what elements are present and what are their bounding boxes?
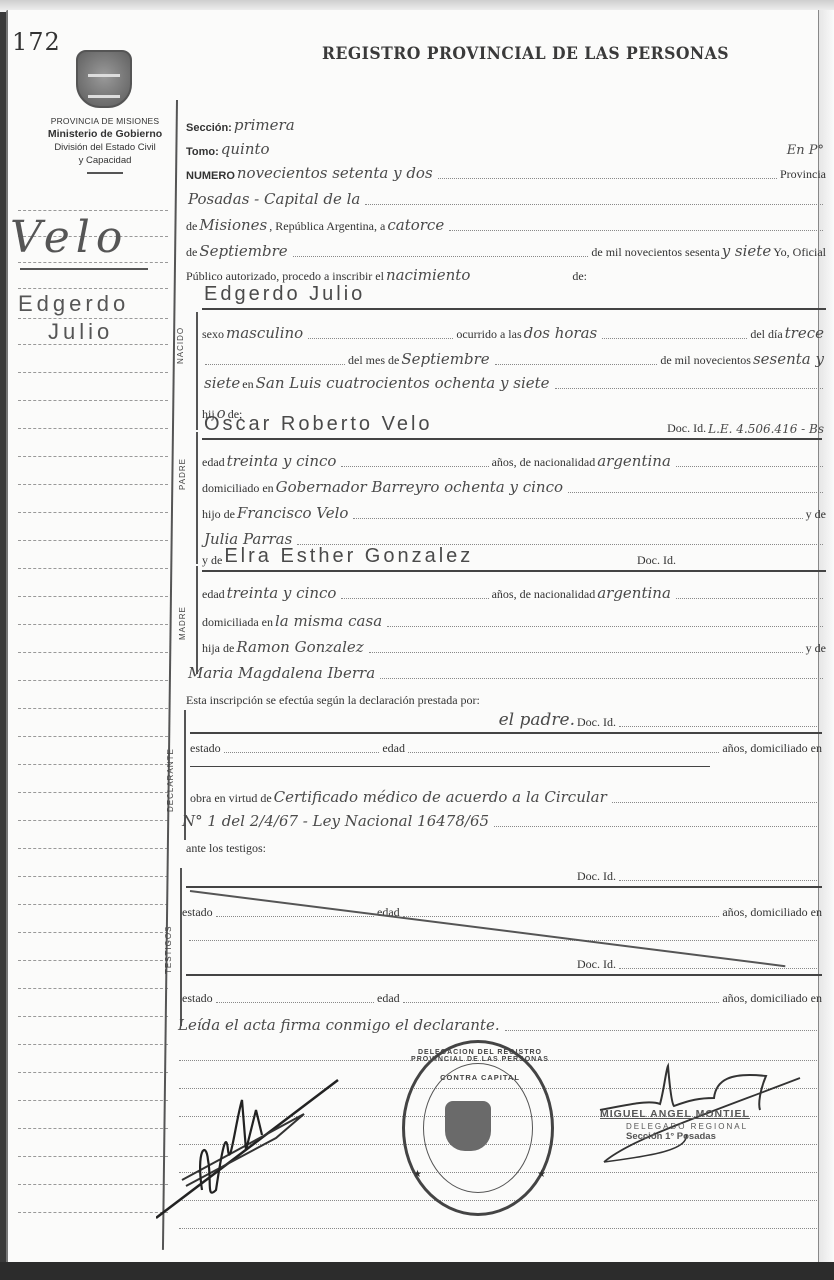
mes-value: Septiembre xyxy=(399,350,491,368)
day-value: catorce xyxy=(385,216,446,234)
stub-line xyxy=(18,428,168,429)
stub-line xyxy=(18,680,168,681)
lugar-value: San Luis cuatrocientos ochenta y siete xyxy=(254,374,552,392)
stub-line xyxy=(18,1016,168,1017)
stub-line xyxy=(18,876,168,877)
official-name: MIGUEL ANGEL MONTIEL xyxy=(600,1108,750,1120)
official-role: DELEGADO REGIONAL xyxy=(626,1122,750,1131)
stub-line xyxy=(18,1072,168,1073)
declarante-name-value: el padre. xyxy=(497,710,577,730)
provincia-label: Provincia xyxy=(780,167,826,182)
year-label: de mil novecientos sesenta xyxy=(591,245,719,260)
place-value: Posadas - Capital de la xyxy=(186,190,362,208)
province-coat-of-arms-icon xyxy=(76,50,132,108)
testigo-2-estado-row: estado edad años, domiciliado en xyxy=(182,984,822,1006)
tomo-label: Tomo: xyxy=(186,146,219,158)
month-value: Septiembre xyxy=(197,242,289,260)
padre-doc-value: L.E. 4.506.416 - Bs xyxy=(706,422,826,436)
nacido-section-label: NACIDO xyxy=(176,327,185,364)
dia-value: trece xyxy=(783,324,826,342)
padre-domicilio-row: domiciliado en Gobernador Barreyro ochen… xyxy=(202,474,826,496)
testigo-2-doc-row: Doc. Id. xyxy=(186,950,822,972)
stub-line xyxy=(18,512,168,513)
agency-division: División del Estado Civil xyxy=(20,142,190,153)
hora-value: dos horas xyxy=(522,324,600,342)
testigo-1-doc-row: Doc. Id. xyxy=(186,862,822,884)
testigos-intro: ante los testigos: xyxy=(186,841,266,856)
lugar-row: siete en San Luis cuatrocientos ochenta … xyxy=(202,370,826,392)
madre-name-row: y de Elra Esther Gonzalez Doc. Id. xyxy=(202,546,826,568)
padre-nacionalidad-value: argentina xyxy=(595,452,673,470)
year-value: y siete xyxy=(720,242,774,260)
seal-inner-text: CONTRA CAPITAL xyxy=(395,1073,565,1082)
padre-bracket xyxy=(196,432,198,564)
stub-line xyxy=(18,1128,168,1129)
anio-value-2: siete xyxy=(202,374,242,392)
madre-mother-value: Maria Magdalena Iberra xyxy=(186,664,377,682)
padre-edad-row: edad treinta y cinco años, de nacionalid… xyxy=(202,448,826,470)
numero-value: novecientos setenta y dos xyxy=(235,164,435,182)
registry-seal: DELEGACION DEL REGISTRO PROVINCIAL DE LA… xyxy=(402,1040,554,1216)
nacido-bracket xyxy=(196,312,198,430)
closing-statement: Leída el acta firma conmigo el declarant… xyxy=(176,1016,502,1034)
agency-division-2: y Capacidad xyxy=(20,155,190,166)
testigo-1-doc-label: Doc. Id. xyxy=(577,869,616,884)
sexo-row: sexo masculino ocurrido a las dos horas … xyxy=(202,320,826,342)
page-bottom-edge xyxy=(0,1262,834,1280)
numero-label: NUMERO xyxy=(186,170,235,182)
testigos-section-label: TESTIGOS xyxy=(164,926,173,974)
star-icon: ★ xyxy=(537,1169,546,1180)
stub-line xyxy=(18,960,168,961)
padre-parents-row: hijo de Francisco Velo y de xyxy=(202,500,826,522)
padre-edad-value: treinta y cinco xyxy=(225,452,339,470)
agency-province: PROVINCIA DE MISIONES xyxy=(20,116,190,126)
act-value: nacimiento xyxy=(384,266,472,284)
seccion-row: Sección: primera xyxy=(186,112,826,134)
stub-line xyxy=(18,652,168,653)
province-date-row: de Misiones , República Argentina, a cat… xyxy=(186,212,826,234)
testigo-2-doc-label: Doc. Id. xyxy=(577,957,616,972)
stub-line xyxy=(18,848,168,849)
stub-line xyxy=(18,764,168,765)
stub-line xyxy=(18,904,168,905)
stub-line xyxy=(18,932,168,933)
stub-line xyxy=(18,1212,168,1213)
padre-section-label: PADRE xyxy=(178,458,187,490)
closing-row: Leída el acta firma conmigo el declarant… xyxy=(176,1012,822,1034)
declarante-intro-row: Esta inscripción se efectúa según la dec… xyxy=(186,686,826,708)
stub-given-name-1: Edgerdo xyxy=(18,290,129,318)
tomo-row: Tomo: quinto En P° xyxy=(186,136,826,158)
stub-line xyxy=(18,624,168,625)
madre-nacionalidad-value: argentina xyxy=(595,584,673,602)
madre-father-value: Ramon Gonzalez xyxy=(234,638,365,656)
madre-doc-label: Doc. Id. xyxy=(637,553,676,568)
declarante-section-label: DECLARANTE xyxy=(166,748,175,812)
folio-number: 172 xyxy=(12,28,61,56)
madre-full-name: Elra Esther Gonzalez xyxy=(222,545,475,568)
month-year-row: de Septiembre de mil novecientos sesenta… xyxy=(186,238,826,260)
madre-parents-row: hija de Ramon Gonzalez y de xyxy=(202,634,826,656)
nacido-full-name: Edgerdo Julio xyxy=(202,283,367,306)
publico-row: Público autorizado, procedo a inscribir … xyxy=(186,262,826,284)
stub-surname: Velo xyxy=(10,212,128,263)
stub-line xyxy=(18,1100,168,1101)
tomo-value: quinto xyxy=(219,140,272,158)
stub-line xyxy=(18,736,168,737)
stub-line xyxy=(18,1156,168,1157)
declarante-obra-row: obra en virtud de Certificado médico de … xyxy=(190,784,822,806)
padre-name-row: Oscar Roberto Velo Doc. Id. L.E. 4.506.4… xyxy=(202,414,826,436)
declarante-intro: Esta inscripción se efectúa según la dec… xyxy=(186,693,480,708)
stub-line xyxy=(18,540,168,541)
stub-line xyxy=(18,1044,168,1045)
madre-edad-row: edad treinta y cinco años, de nacionalid… xyxy=(202,580,826,602)
stub-given-name-2: Julio xyxy=(48,318,129,346)
star-icon: ★ xyxy=(413,1169,422,1180)
margin-note: En P° xyxy=(785,143,826,158)
seal-coat-of-arms-icon xyxy=(445,1101,491,1151)
agency-ministry: Ministerio de Gobierno xyxy=(20,128,190,140)
stub-line xyxy=(18,708,168,709)
official-section: Sección 1° Posadas xyxy=(626,1131,750,1142)
declarante-obra-row-2: N° 1 del 2/4/67 - Ley Nacional 16478/65 xyxy=(180,808,822,830)
oficial-label: Yo, Oficial xyxy=(773,245,826,260)
declarante-obra-value-2: N° 1 del 2/4/67 - Ley Nacional 16478/65 xyxy=(180,812,491,830)
stub-surname-underline xyxy=(20,268,148,270)
stub-line xyxy=(18,484,168,485)
madre-domicilio-row: domiciliada en la misma casa xyxy=(202,608,826,630)
stub-line xyxy=(18,372,168,373)
declarante-doc-label: Doc. Id. xyxy=(577,715,616,730)
agency-rule xyxy=(87,172,123,174)
document-title: REGISTRO PROVINCIAL DE LAS PERSONAS xyxy=(322,44,729,64)
padre-doc-label: Doc. Id. xyxy=(667,421,706,436)
stub-line xyxy=(18,568,168,569)
mes-row: del mes de Septiembre de mil novecientos… xyxy=(202,346,826,368)
stub-line xyxy=(18,820,168,821)
declarante-obra-value: Certificado médico de acuerdo a la Circu… xyxy=(272,788,609,806)
padre-father-value: Francisco Velo xyxy=(235,504,350,522)
stub-line xyxy=(18,400,168,401)
stub-line xyxy=(18,318,168,319)
official-stamp: MIGUEL ANGEL MONTIEL DELEGADO REGIONAL S… xyxy=(600,1108,750,1142)
sexo-value: masculino xyxy=(224,324,305,342)
nacido-name-row: Edgerdo Julio xyxy=(202,284,822,306)
stub-line xyxy=(18,792,168,793)
issuing-agency: PROVINCIA DE MISIONES Ministerio de Gobi… xyxy=(20,116,190,174)
padre-full-name: Oscar Roberto Velo xyxy=(202,413,435,436)
stub-line xyxy=(18,596,168,597)
testigos-intro-row: ante los testigos: xyxy=(186,834,826,856)
madre-edad-value: treinta y cinco xyxy=(225,584,339,602)
seal-outer-text: DELEGACION DEL REGISTRO PROVINCIAL DE LA… xyxy=(395,1049,565,1063)
stub-line xyxy=(18,456,168,457)
declarant-signature xyxy=(156,1040,346,1230)
madre-mother-row: Maria Magdalena Iberra xyxy=(186,660,826,682)
madre-bracket xyxy=(196,566,198,674)
republica-label: , República Argentina, a xyxy=(269,219,385,234)
stub-line xyxy=(18,210,168,211)
anio-value: sesenta y xyxy=(751,350,826,368)
stub-line xyxy=(18,344,168,345)
padre-domicilio-value: Gobernador Barreyro ochenta y cinco xyxy=(274,478,565,496)
seccion-value: primera xyxy=(232,116,297,134)
place-row: Posadas - Capital de la xyxy=(186,186,826,208)
publico-label: Público autorizado, procedo a inscribir … xyxy=(186,269,384,284)
stub-line xyxy=(18,1184,168,1185)
madre-domicilio-value: la misma casa xyxy=(273,612,384,630)
numero-row: NUMERO novecientos setenta y dos Provinc… xyxy=(186,160,826,182)
seccion-label: Sección: xyxy=(186,122,232,134)
stub-line xyxy=(18,988,168,989)
stub-line xyxy=(18,288,168,289)
province-value: Misiones xyxy=(197,216,269,234)
declarante-estado-row: estado edad años, domiciliado en xyxy=(190,734,822,756)
declarante-name-row: el padre. Doc. Id. xyxy=(190,708,822,730)
madre-section-label: MADRE xyxy=(178,606,187,640)
